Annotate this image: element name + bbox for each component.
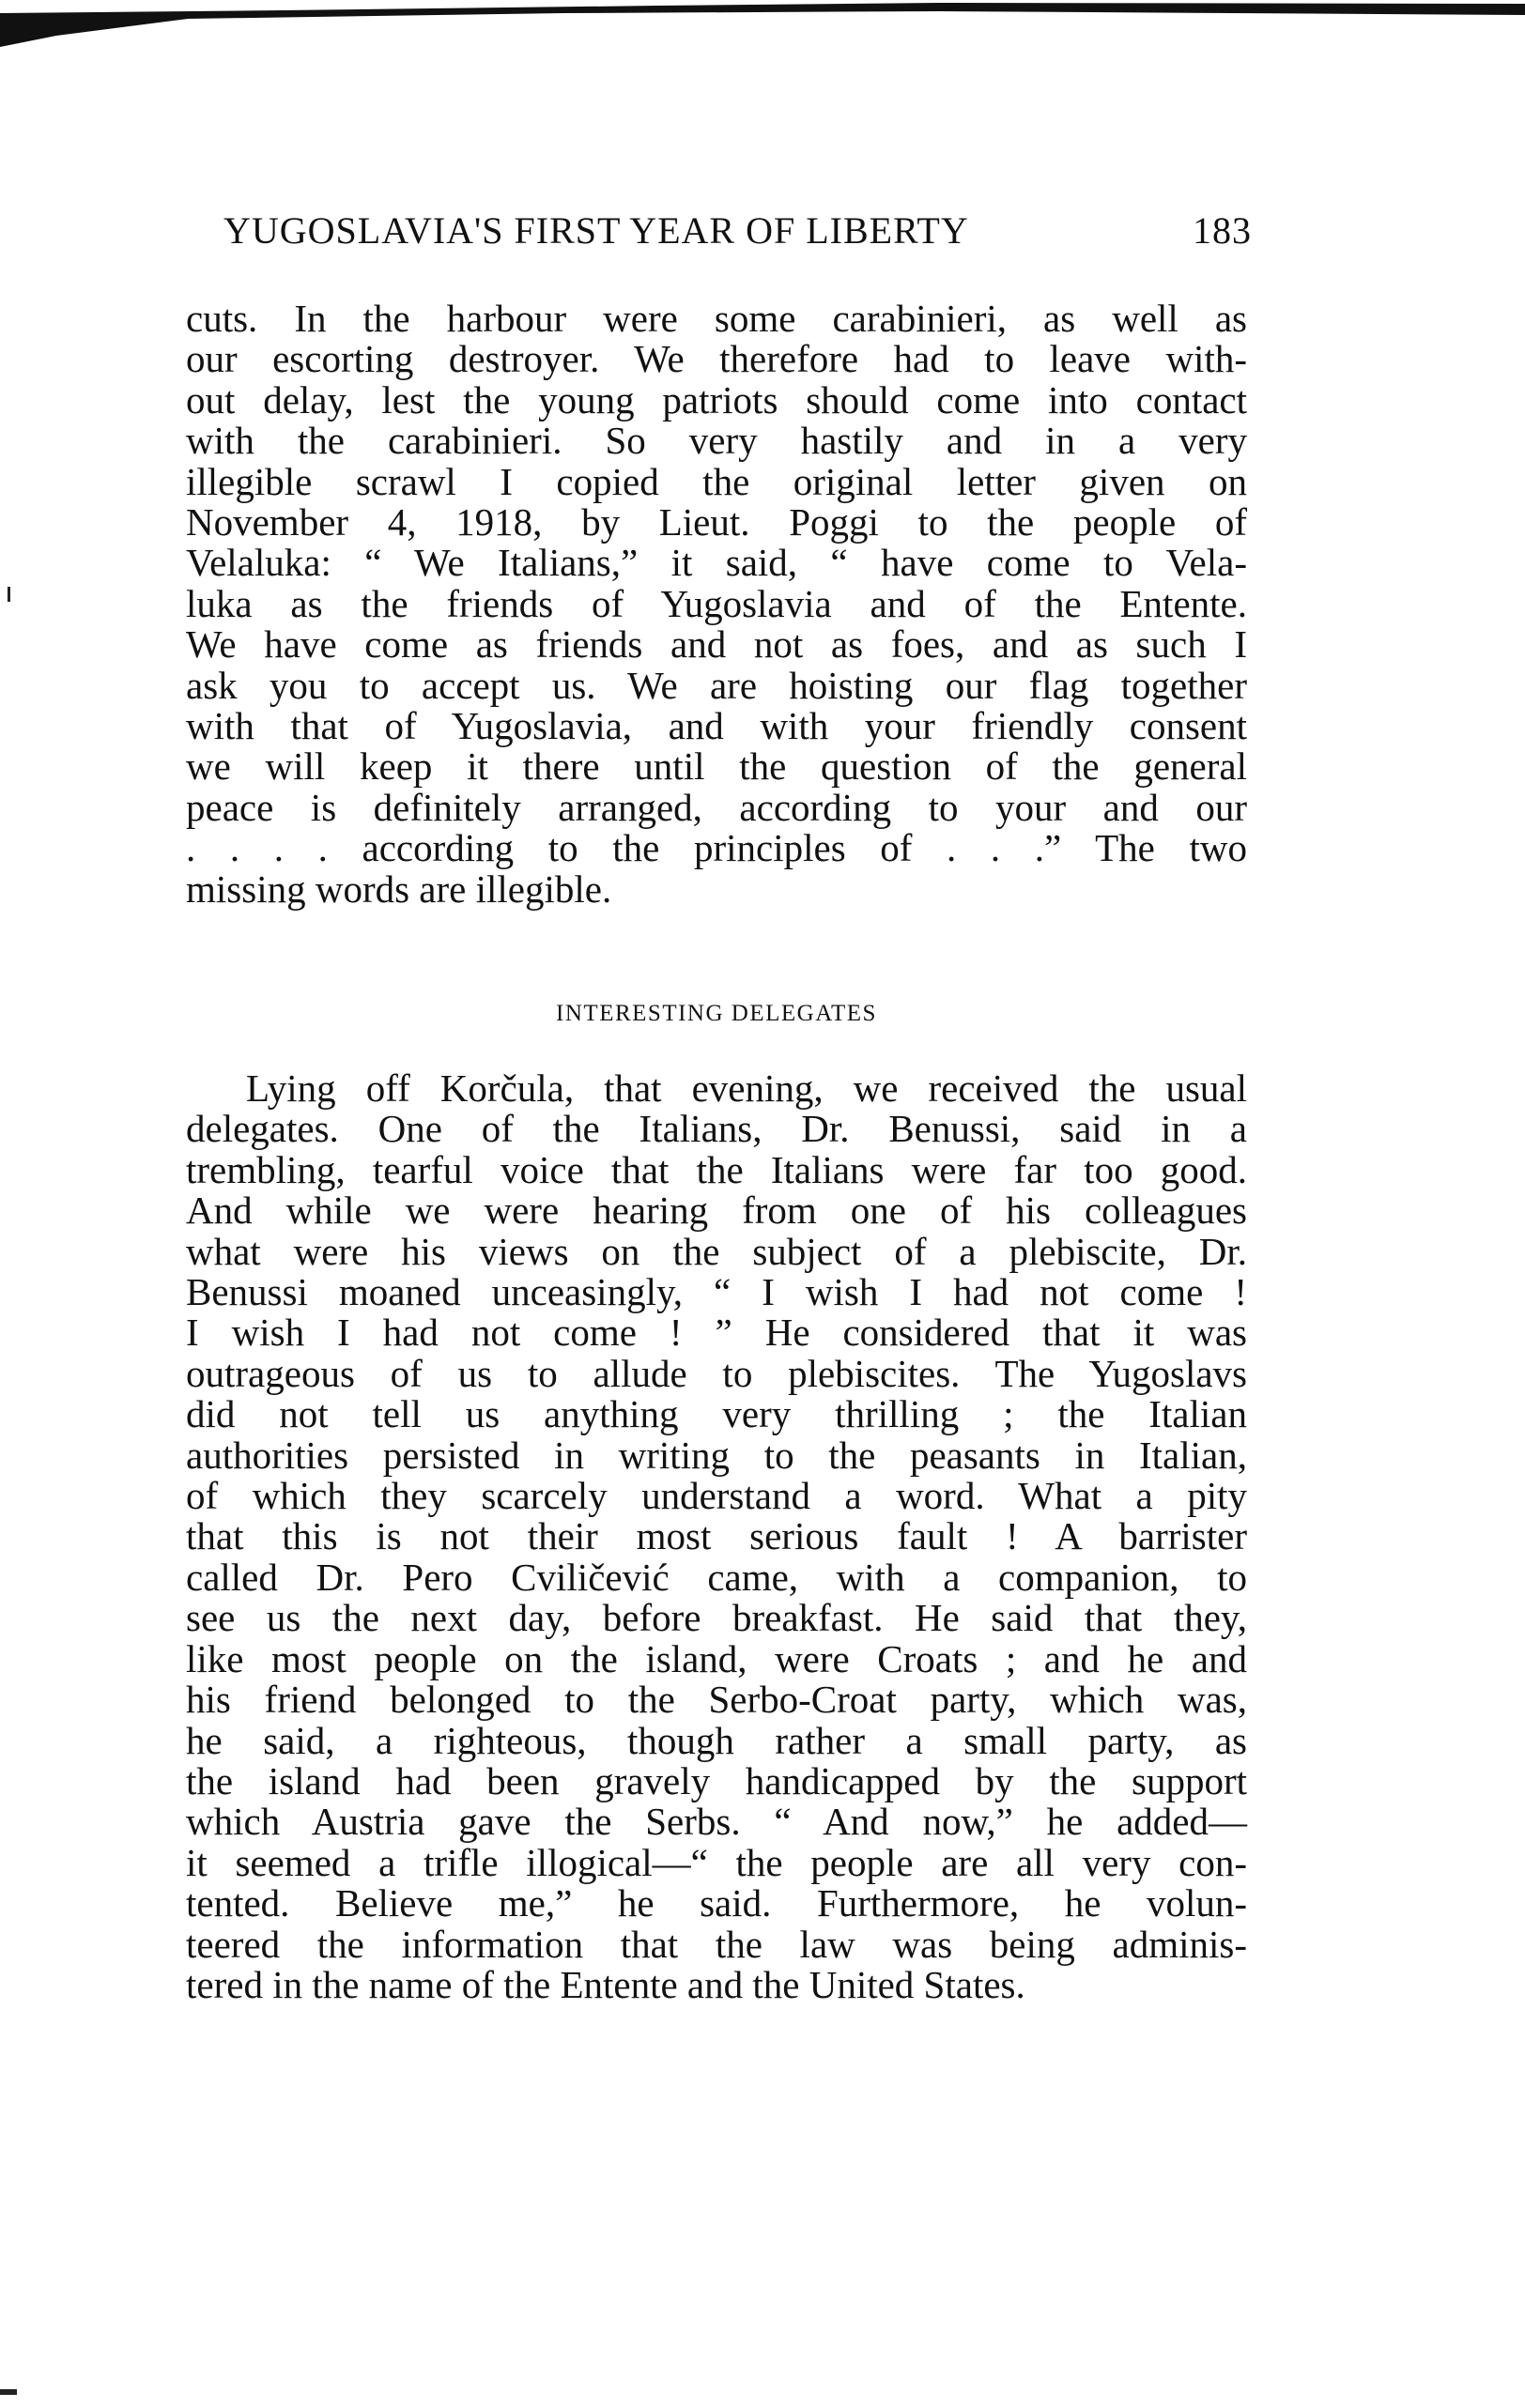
text-line: November 4, 1918, by Lieut. Poggi to the… (186, 502, 1247, 543)
scan-speck (8, 587, 10, 602)
text-line: with that of Yugoslavia, and with your f… (186, 706, 1247, 746)
text-line: like most people on the island, were Cro… (186, 1639, 1247, 1679)
text-line: peace is definitely arranged, according … (186, 788, 1247, 828)
text-line: illegible scrawl I copied the original l… (186, 462, 1247, 502)
text-line: what were his views on the subject of a … (186, 1232, 1247, 1272)
text-line: the island had been gravely handicapped … (186, 1761, 1247, 1802)
paragraph-2: Lying off Korčula, that evening, we rece… (186, 1068, 1247, 2005)
text-line: outrageous of us to allude to plebiscite… (186, 1354, 1247, 1394)
text-line: delegates. One of the Italians, Dr. Benu… (186, 1109, 1247, 1149)
running-header-title: YUGOSLAVIA'S FIRST YEAR OF LIBERTY (223, 208, 969, 253)
paragraph-1: cuts. In the harbour were some carabinie… (186, 299, 1247, 910)
text-line: we will keep it there until the question… (186, 746, 1247, 787)
text-line: missing words are illegible. (186, 869, 1247, 910)
text-line: . . . . according to the principles of .… (186, 828, 1247, 868)
text-line: teered the information that the law was … (186, 1925, 1247, 1965)
text-line: that this is not their most serious faul… (186, 1516, 1247, 1557)
text-line: trembling, tearful voice that the Italia… (186, 1150, 1247, 1190)
text-line: authorities persisted in writing to the … (186, 1435, 1247, 1476)
text-line: luka as the friends of Yugoslavia and of… (186, 584, 1247, 624)
scan-speck (0, 2389, 17, 2395)
text-line: And while we were hearing from one of hi… (186, 1190, 1247, 1231)
running-header: YUGOSLAVIA'S FIRST YEAR OF LIBERTY 183 (223, 208, 1252, 255)
text-line: our escorting destroyer. We therefore ha… (186, 339, 1247, 379)
text-line: with the carabinieri. So very hastily an… (186, 421, 1247, 461)
text-line: cuts. In the harbour were some carabinie… (186, 299, 1247, 339)
text-line: Velaluka: “ We Italians,” it said, “ hav… (186, 543, 1247, 583)
text-line: see us the next day, before breakfast. H… (186, 1598, 1247, 1638)
scan-top-edge-shadow (0, 0, 1525, 47)
page-number: 183 (1193, 208, 1252, 253)
text-line: called Dr. Pero Cviličević came, with a … (186, 1557, 1247, 1598)
text-line: it seemed a trifle illogical—“ the peopl… (186, 1843, 1247, 1883)
text-line: We have come as friends and not as foes,… (186, 624, 1247, 665)
text-line: Lying off Korčula, that evening, we rece… (186, 1068, 1247, 1109)
text-line: tered in the name of the Entente and the… (186, 1965, 1247, 2005)
text-line: I wish I had not come ! ” He considered … (186, 1312, 1247, 1353)
text-line: which Austria gave the Serbs. “ And now,… (186, 1802, 1247, 1842)
text-line: tented. Believe me,” he said. Furthermor… (186, 1883, 1247, 1924)
text-line: of which they scarcely understand a word… (186, 1476, 1247, 1516)
text-line: ask you to accept us. We are hoisting ou… (186, 666, 1247, 706)
text-line: did not tell us anything very thrilling … (186, 1394, 1247, 1434)
text-line: he said, a righteous, though rather a sm… (186, 1721, 1247, 1761)
text-line: his friend belonged to the Serbo-Croat p… (186, 1679, 1247, 1720)
section-heading: INTERESTING DELEGATES (186, 1001, 1247, 1027)
text-line: Benussi moaned unceasingly, “ I wish I h… (186, 1272, 1247, 1312)
text-line: out delay, lest the young patriots shoul… (186, 380, 1247, 421)
